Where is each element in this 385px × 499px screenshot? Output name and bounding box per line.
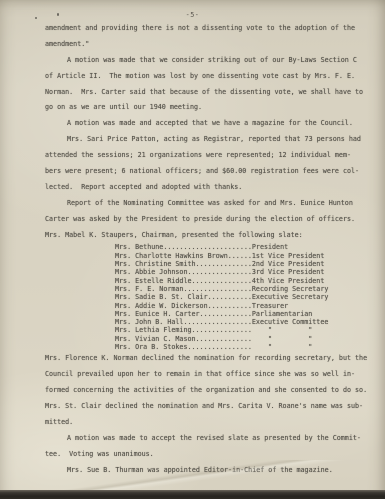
slate-line: Mrs. Sadie B. St. Clair...........Execut… (115, 293, 365, 301)
scan-bottom-edge (0, 490, 385, 499)
slate-line: Mrs. Lethia Fleming............... " " (115, 326, 365, 334)
text-line: Council prevailed upon her to remain in … (45, 367, 365, 383)
slate-line: Mrs. Addie W. Dickerson...........Treasu… (115, 302, 365, 310)
text-line: tee. Voting was unanimous. (45, 447, 365, 463)
page-text: amendment and providing there is not a d… (45, 21, 365, 478)
text-line: mitted. (45, 415, 365, 431)
slate-line: Mrs. Estelle Riddle...............4th Vi… (115, 277, 365, 285)
text-line: Report of the Nominating Committee was a… (45, 196, 365, 212)
text-line: Mrs. Mabel K. Staupers, Chairman, presen… (45, 228, 365, 244)
text-line: Norman. Mrs. Carter said that because of… (45, 85, 365, 101)
text-line: bers were present; 6 national officers; … (45, 164, 365, 180)
text-line: lected. Report accepted and adopted with… (45, 180, 365, 196)
text-line: amendment." (45, 37, 365, 53)
typewritten-page: -5- amendment and providing there is not… (0, 0, 385, 499)
officer-slate: Mrs. Bethune......................Presid… (45, 243, 365, 351)
paragraphs-bottom: Mrs. Florence K. Norman declined the nom… (45, 351, 365, 478)
slate-line: Mrs. Christine Smith..............2nd Vi… (115, 260, 365, 268)
text-line: A motion was made that we consider strik… (45, 53, 365, 69)
text-line: go on as we are until our 1940 meeting. (45, 100, 365, 116)
text-line: Mrs. Sari Price Patton, acting as Regist… (45, 132, 365, 148)
slate-line: Mrs. Vivian C. Mason.............. " " (115, 335, 365, 343)
paragraphs-top: amendment and providing there is not a d… (45, 21, 365, 243)
text-line: Mrs. Sue B. Thurman was appointed Editor… (45, 463, 365, 479)
text-line: attended the sessions; 21 organizations … (45, 148, 365, 164)
text-line: of Article II. The motion was lost by on… (45, 69, 365, 85)
slate-line: Mrs. F. E. Norman.................Record… (115, 285, 365, 293)
text-line: Carter was asked by the President to pre… (45, 212, 365, 228)
text-line: formed concerning the activities of the … (45, 383, 365, 399)
slate-line: Mrs. Bethune......................Presid… (115, 243, 365, 251)
text-line: amendment and providing there is not a d… (45, 21, 365, 37)
text-line: Mrs. Florence K. Norman declined the nom… (45, 351, 365, 367)
slate-line: Mrs. Eunice H. Carter.............Parlia… (115, 310, 365, 318)
slate-line: Mrs. Ora B. Stokes................ " " (115, 343, 365, 351)
slate-line: Mrs. Charlotte Hawkins Brown......1st Vi… (115, 252, 365, 260)
text-line: A motion was made and accepted that we h… (45, 116, 365, 132)
slate-line: Mrs. Abbie Johnson................3rd Vi… (115, 268, 365, 276)
slate-line: Mrs. John B. Hall.................Execut… (115, 318, 365, 326)
page-number: -5- (0, 11, 385, 19)
text-line: Mrs. St. Clair declined the nomination a… (45, 399, 365, 415)
text-line: A motion was made to accept the revised … (45, 431, 365, 447)
